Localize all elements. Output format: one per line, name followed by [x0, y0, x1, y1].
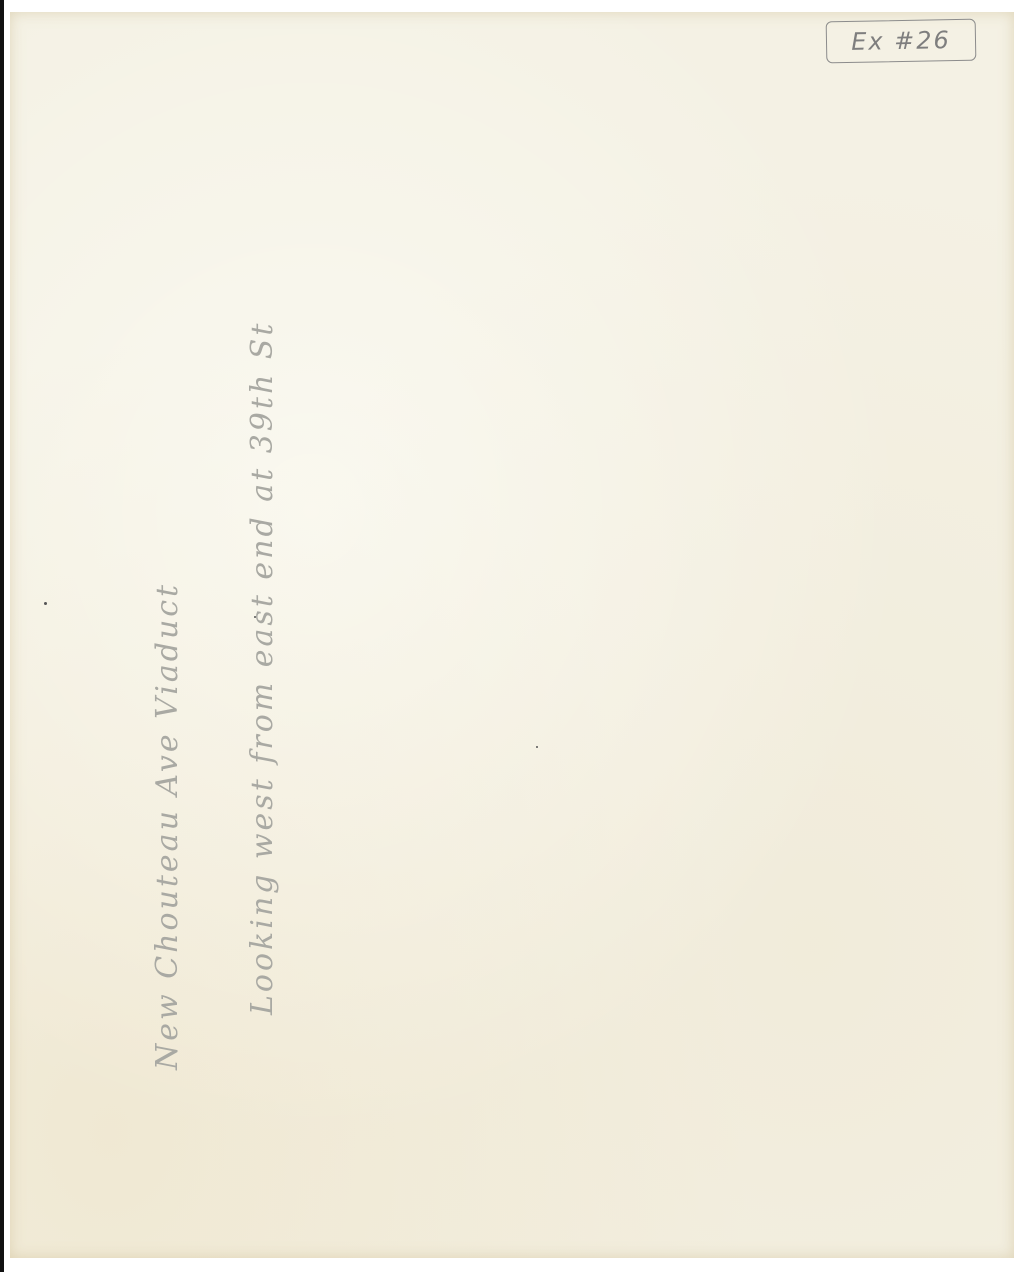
paper-speck	[44, 602, 47, 605]
caption-title: New Chouteau Ave Viaduct	[150, 582, 185, 1070]
paper-speck	[536, 746, 538, 748]
exhibit-number-box: Ex #26	[826, 19, 977, 64]
scan-edge	[0, 0, 4, 1272]
exhibit-number: Ex #26	[851, 26, 951, 56]
caption-description: Looking west from east end at 39th St	[245, 321, 280, 1015]
paper-speck	[254, 616, 256, 618]
